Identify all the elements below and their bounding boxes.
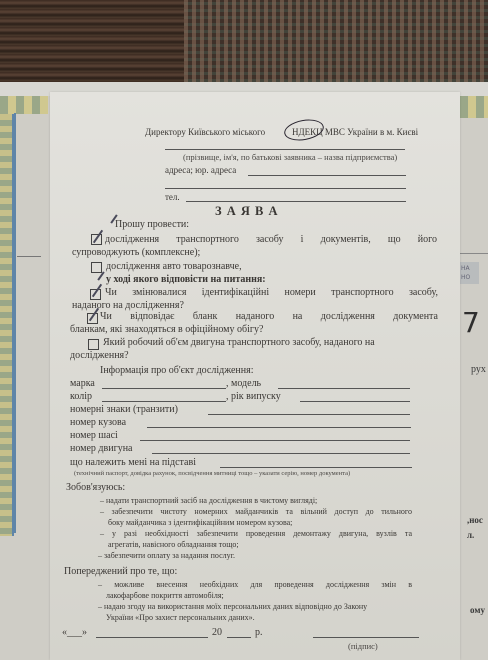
request-intro: Прошу провести: (115, 219, 189, 230)
background-left-dash (17, 256, 41, 257)
date-day-field[interactable]: «___» (62, 627, 87, 638)
wooden-table-background (0, 0, 190, 84)
date-year-prefix: 20 (212, 627, 222, 638)
phone-field[interactable] (186, 201, 406, 202)
address-field[interactable] (248, 175, 406, 176)
signature-caption: (підпис) (348, 641, 378, 651)
date-year-field[interactable] (227, 637, 251, 638)
obligation-item: – забезпечити оплату за надання послуг. (98, 551, 235, 560)
background-stamp-box: НА НО (459, 262, 479, 284)
field-plates-label: номерні знаки (транзити) (70, 404, 178, 415)
question-engine-volume-line2: дослідження? (70, 350, 129, 361)
obligation-item: – забезпечити чистоту номерних майданчик… (100, 507, 412, 516)
background-text-fragment: л. (467, 530, 474, 540)
field-year-input[interactable] (300, 401, 410, 402)
date-year-suffix: р. (255, 627, 263, 638)
applicant-caption: (прізвище, ім'я, по батькові заявника – … (183, 152, 397, 162)
background-text-fragment: ому (470, 605, 485, 615)
obligation-item-cont: агрегатів, навісного обладнання тощо; (108, 540, 239, 549)
address-field-line-2[interactable] (165, 188, 406, 189)
handwritten-circle-mark (283, 117, 326, 144)
field-body-no-label: номер кузова (70, 417, 126, 428)
application-form-sheet: Директору Київського міського НДЕКЦ МВС … (50, 92, 460, 660)
certificate-ornament-top-left (0, 96, 48, 114)
option-complex-line2: супроводжують (комплексне); (72, 247, 200, 258)
questions-heading: у ході якого відповісти на питання: (106, 274, 266, 285)
field-brand-label: марка (70, 378, 95, 389)
field-body-no-input[interactable] (147, 427, 411, 428)
obligation-item-cont: боку майданчика з ідентифікаційним номер… (108, 518, 292, 527)
field-plates-input[interactable] (208, 414, 410, 415)
obligation-item: – у разі необхідності забезпечити провед… (100, 529, 412, 538)
question-checkbox-engine-volume[interactable] (88, 339, 99, 350)
owned-basis-caption: (технічний паспорт, довідка рахунок, пос… (74, 470, 350, 477)
field-color-label: колір (70, 391, 92, 402)
phone-label: тел. (165, 192, 180, 202)
stamp-box-line: НА (461, 264, 477, 273)
obligations-heading: Зобов'язуюсь: (66, 482, 125, 493)
field-chassis-no-input[interactable] (140, 440, 410, 441)
background-text-fragment: ,нос (467, 515, 483, 525)
field-engine-no-input[interactable] (152, 453, 410, 454)
date-month-field[interactable] (96, 637, 208, 638)
question-form-authenticity-line1: Чи відповідає бланк наданого на дослідже… (100, 311, 438, 322)
signature-field[interactable] (313, 637, 419, 638)
field-model-label: , модель (226, 378, 261, 389)
field-model-input[interactable] (278, 388, 410, 389)
certificate-blue-rule (14, 113, 16, 533)
field-chassis-no-label: номер шасі (70, 430, 118, 441)
addressee-prefix: Директору Київського міського (145, 127, 265, 137)
question-engine-volume-line1: Який робочий об'єм двигуна транспортного… (103, 337, 375, 348)
form-title: З А Я В А (215, 204, 279, 219)
background-text-fragment: рух (471, 364, 486, 375)
warning-item-cont: України «Про захист персональних даних». (106, 613, 255, 622)
question-ids-changed-line1: Чи змінювалися ідентифікаційні номери тр… (105, 287, 438, 298)
stamp-box-line: НО (461, 273, 477, 282)
warning-item: – надаю згоду на використання моїх персо… (98, 602, 367, 611)
background-page-number: 7 (462, 306, 480, 339)
option-complex-line1: дослідження транспортного засобу і докум… (105, 234, 437, 245)
field-color-input[interactable] (102, 401, 226, 402)
woven-placemat-background (184, 0, 488, 82)
certificate-ornamental-border (0, 96, 14, 536)
field-owned-basis-input[interactable] (220, 467, 412, 468)
background-right-rule (458, 253, 488, 254)
warned-heading: Попереджений про те, що: (64, 566, 177, 577)
obligation-item: – надати транспортний засіб на досліджен… (100, 496, 317, 505)
option-checkbox-appraisal[interactable] (91, 262, 102, 273)
warning-item-cont: лакофарбове покриття автомобіля; (106, 591, 224, 600)
applicant-name-line[interactable] (165, 149, 405, 150)
question-form-authenticity-line2: бланкам, які знаходяться в офіційному об… (70, 324, 263, 335)
option-appraisal-label: дослідження авто товарознавче, (106, 261, 242, 272)
address-label: адреса; юр. адреса (165, 165, 236, 175)
question-ids-changed-line2: наданого на дослідження? (72, 300, 184, 311)
field-owned-basis-label: що належить мені на підставі (70, 457, 196, 468)
object-info-heading: Інформація про об'єкт дослідження: (100, 365, 254, 376)
field-year-label: , рік випуску (226, 391, 281, 402)
warning-item: – можливе внесення необхідних для провед… (98, 580, 412, 589)
field-engine-no-label: номер двигуна (70, 443, 132, 454)
certificate-ornament-top-right (460, 96, 488, 118)
field-brand-input[interactable] (102, 388, 226, 389)
